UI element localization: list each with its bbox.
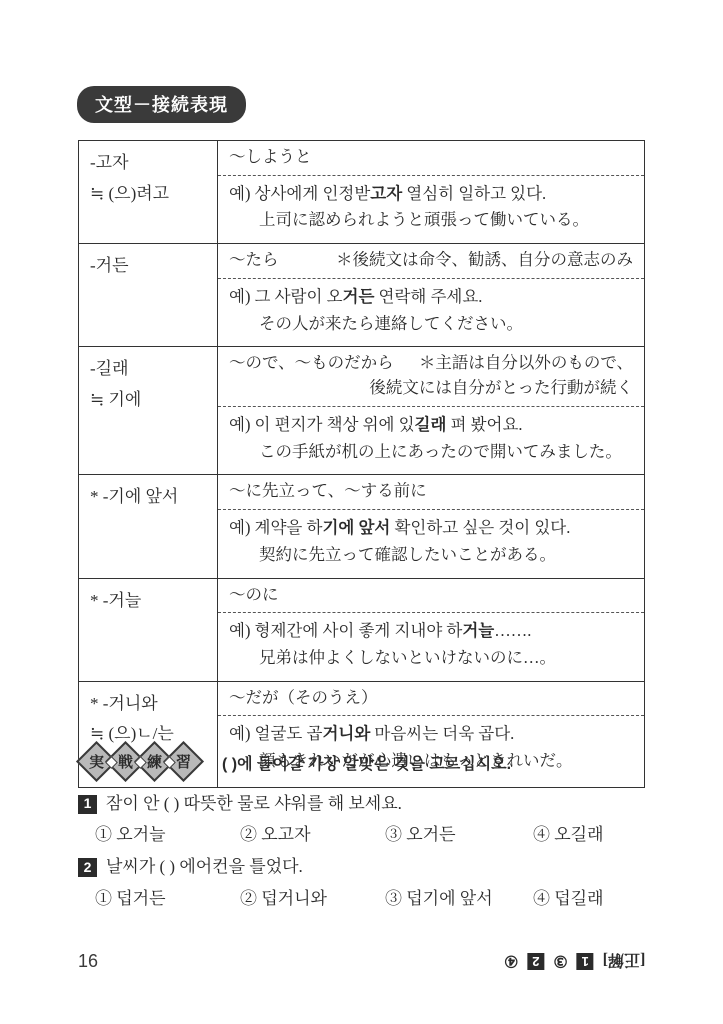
definition-cell: ～に先立って、～する前に 예) 계약을 하기에 앞서 확인하고 싶은 것이 있다… bbox=[218, 475, 645, 578]
example-block: 예) 계약을 하기에 앞서 확인하고 싶은 것이 있다. 契約に先立って確認した… bbox=[218, 510, 644, 577]
meaning-text: ～のに bbox=[229, 583, 279, 608]
pattern-line: * -거니와 bbox=[90, 689, 211, 720]
question-text: 잠이 안 ( ) 따뜻한 물로 샤워를 해 보세요. bbox=[106, 791, 402, 817]
table-row: * -거늘 ～のに 예) 형제간에 사이 좋게 지내야 하거늘……. 兄弟は仲よ… bbox=[79, 578, 645, 681]
table-row: -거든 ～たら ＊後続文は命令、勧誘、自分の意志のみ 예) 그 사람이 오거든 … bbox=[79, 244, 645, 347]
option: ④ 오길래 bbox=[533, 820, 645, 845]
answer-key: [正解] 1 ③ 2 ④ bbox=[504, 950, 645, 973]
page-footer: 16 [正解] 1 ③ 2 ④ bbox=[78, 950, 645, 973]
table-row: * -기에 앞서 ～に先立って、～する前に 예) 계약을 하기에 앞서 확인하고… bbox=[79, 475, 645, 578]
pattern-line: -길래 bbox=[90, 354, 211, 385]
answer-question-number: 1 bbox=[576, 953, 593, 970]
meaning-text: ～たら bbox=[229, 248, 279, 273]
answer-choice: ③ bbox=[553, 952, 567, 972]
pattern-cell: -거든 bbox=[79, 244, 218, 347]
example-block: 예) 그 사람이 오거든 연락해 주세요. その人が来たら連絡してください。 bbox=[218, 279, 644, 346]
definition-cell: ～ので、～ものだから ＊主語は自分以外のもので、 後続文には自分がとった行動が続… bbox=[218, 347, 645, 475]
pattern-line: -고자 bbox=[90, 148, 211, 179]
example-korean: 예) 계약을 하기에 앞서 확인하고 싶은 것이 있다. bbox=[229, 515, 633, 542]
pattern-line: * -기에 앞서 bbox=[90, 482, 211, 513]
definition-cell: ～たら ＊後続文は命令、勧誘、自分の意志のみ 예) 그 사람이 오거든 연락해 … bbox=[218, 244, 645, 347]
pattern-line: -거든 bbox=[90, 251, 211, 282]
options-row: ① 오거늘 ② 오고자 ③ 오거든 ④ 오길래 bbox=[95, 820, 645, 845]
meaning-note: ＊主語は自分以外のもので、 bbox=[419, 351, 633, 376]
example-korean: 예) 그 사람이 오거든 연락해 주세요. bbox=[229, 284, 633, 311]
example-korean: 예) 이 편지가 책상 위에 있길래 펴 봤어요. bbox=[229, 412, 633, 439]
question-text: 날씨가 ( ) 에어컨을 틀었다. bbox=[106, 854, 303, 880]
practice-instruction: ( )에 들어갈 가장 알맞은 것을 고르십시오. bbox=[222, 751, 511, 774]
meaning-block: ～たら ＊後続文は命令、勧誘、自分の意志のみ bbox=[218, 244, 644, 279]
pattern-line: ≒ (으)려고 bbox=[90, 179, 211, 210]
practice-badge: 実 戦 練 習 bbox=[78, 740, 209, 784]
meaning-text: ～に先立って、～する前に bbox=[229, 479, 427, 504]
definition-cell: ～しようと 예) 상사에게 인정받고자 열심히 일하고 있다. 上司に認められよ… bbox=[218, 141, 645, 244]
meaning-block: ～しようと bbox=[218, 141, 644, 176]
page-number: 16 bbox=[78, 951, 98, 972]
example-japanese: 兄弟は仲よくしないといけないのに…。 bbox=[229, 645, 633, 672]
pattern-cell: -고자 ≒ (으)려고 bbox=[79, 141, 218, 244]
answer-question-number: 2 bbox=[527, 953, 544, 970]
grammar-table: -고자 ≒ (으)려고 ～しようと 예) 상사에게 인정받고자 열심히 일하고 … bbox=[78, 140, 645, 788]
example-japanese: この手紙が机の上にあったので開いてみました。 bbox=[229, 439, 633, 466]
meaning-block: ～に先立って、～する前に bbox=[218, 475, 644, 510]
definition-cell: ～のに 예) 형제간에 사이 좋게 지내야 하거늘……. 兄弟は仲よくしないとい… bbox=[218, 578, 645, 681]
option: ③ 오거든 bbox=[385, 820, 533, 845]
option: ② 오고자 bbox=[240, 820, 385, 845]
question: 2 날씨가 ( ) 에어컨을 틀었다. bbox=[78, 854, 645, 880]
example-korean: 예) 형제간에 사이 좋게 지내야 하거늘……. bbox=[229, 618, 633, 645]
textbook-page: 文型－接続表現 -고자 ≒ (으)려고 ～しようと 예) 상사에게 인정받고자 … bbox=[0, 0, 723, 1024]
answer-key-label: [正解] bbox=[602, 950, 645, 973]
answer-choice: ④ bbox=[504, 952, 518, 972]
meaning-note-line2: 後続文には自分がとった行動が続く bbox=[229, 376, 633, 401]
meaning-note: ＊後続文は命令、勧誘、自分の意志のみ bbox=[336, 248, 633, 273]
question: 1 잠이 안 ( ) 따뜻한 물로 샤워를 해 보세요. bbox=[78, 791, 645, 817]
example-block: 예) 형제간에 사이 좋게 지내야 하거늘……. 兄弟は仲よくしないといけないの… bbox=[218, 613, 644, 680]
example-block: 예) 이 편지가 책상 위에 있길래 펴 봤어요. この手紙が机の上にあったので… bbox=[218, 407, 644, 474]
meaning-block: ～だが（そのうえ） bbox=[218, 682, 644, 717]
option: ② 덥거니와 bbox=[240, 884, 385, 909]
practice-section: 実 戦 練 習 ( )에 들어갈 가장 알맞은 것을 고르십시오. 1 잠이 안… bbox=[78, 740, 645, 918]
example-japanese: 契約に先立って確認したいことがある。 bbox=[229, 542, 633, 569]
option: ① 오거늘 bbox=[95, 820, 240, 845]
meaning-text: ～だが（そのうえ） bbox=[229, 686, 378, 711]
pattern-cell: * -거늘 bbox=[79, 578, 218, 681]
options-row: ① 덥거든 ② 덥거니와 ③ 덥기에 앞서 ④ 덥길래 bbox=[95, 884, 645, 909]
meaning-text: ～しようと bbox=[229, 145, 312, 170]
pattern-cell: * -기에 앞서 bbox=[79, 475, 218, 578]
meaning-block: ～のに bbox=[218, 579, 644, 614]
table-row: -고자 ≒ (으)려고 ～しようと 예) 상사에게 인정받고자 열심히 일하고 … bbox=[79, 141, 645, 244]
practice-header: 実 戦 練 習 ( )에 들어갈 가장 알맞은 것을 고르십시오. bbox=[78, 740, 645, 784]
meaning-text: ～ので、～ものだから bbox=[229, 351, 394, 376]
pattern-line: ≒ 기에 bbox=[90, 385, 211, 416]
table-row: -길래 ≒ 기에 ～ので、～ものだから ＊主語は自分以外のもので、 後続文には自… bbox=[79, 347, 645, 475]
pattern-line: * -거늘 bbox=[90, 586, 211, 617]
section-title-badge: 文型－接続表現 bbox=[77, 86, 246, 123]
question-number: 1 bbox=[78, 795, 97, 814]
example-japanese: その人が来たら連絡してください。 bbox=[229, 311, 633, 338]
option: ③ 덥기에 앞서 bbox=[385, 884, 533, 909]
question-number: 2 bbox=[78, 858, 97, 877]
meaning-block: ～ので、～ものだから ＊主語は自分以外のもので、 後続文には自分がとった行動が続… bbox=[218, 347, 644, 407]
option: ① 덥거든 bbox=[95, 884, 240, 909]
example-korean: 예) 상사에게 인정받고자 열심히 일하고 있다. bbox=[229, 181, 633, 208]
option: ④ 덥길래 bbox=[533, 884, 645, 909]
example-block: 예) 상사에게 인정받고자 열심히 일하고 있다. 上司に認められようと頑張って… bbox=[218, 176, 644, 243]
example-japanese: 上司に認められようと頑張って働いている。 bbox=[229, 207, 633, 234]
pattern-cell: -길래 ≒ 기에 bbox=[79, 347, 218, 475]
